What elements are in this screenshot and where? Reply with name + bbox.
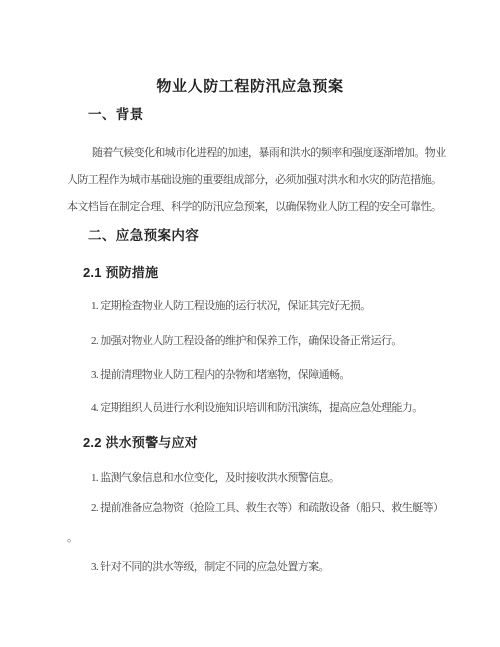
prevention-list-item-3: 3. 提前清理物业人防工程内的杂物和堵塞物，保障通畅。 — [91, 369, 350, 382]
document-page: 物业人防工程防汛应急预案 一、背景 随着气候变化和城市化进程的加速，暴雨和洪水的… — [0, 0, 500, 647]
flood-warning-list-item-3: 3. 针对不同的洪水等级，制定不同的应急处置方案。 — [91, 561, 329, 574]
document-title: 物业人防工程防汛应急预案 — [0, 78, 500, 95]
section-background-heading: 一、背景 — [88, 107, 144, 123]
prevention-list-item-2: 2. 加强对物业人防工程设备的维护和保养工作，确保设备正常运行。 — [91, 335, 402, 348]
section-plan-content-heading: 二、应急预案内容 — [88, 228, 199, 244]
prevention-list-item-1: 1. 定期检查物业人防工程设施的运行状况，保证其完好无损。 — [91, 300, 371, 313]
background-paragraph-line-2: 人防工程作为城市基础设施的重要组成部分，必须加强对洪水和水灾的防范措施。 — [67, 174, 441, 187]
flood-warning-list-item-2: 2. 提前准备应急物资（抢险工具、救生衣等）和疏散设备（船只、救生艇等） — [91, 502, 443, 515]
prevention-list-item-4: 4. 定期组织人员进行水利设施知识培训和防汛演练，提高应急处理能力。 — [91, 402, 423, 415]
subsection-flood-warning-heading: 2.2 洪水预警与应对 — [83, 436, 198, 451]
flood-warning-list-item-2-wrap-line: 。 — [67, 532, 77, 545]
flood-warning-list-item-1: 1. 监测气象信息和水位变化，及时接收洪水预警信息。 — [91, 472, 339, 485]
subsection-prevention-heading: 2.1 预防措施 — [83, 266, 158, 281]
background-paragraph-line-1: 随着气候变化和城市化进程的加速，暴雨和洪水的频率和强度逐渐增加。物业 — [92, 147, 446, 160]
background-paragraph-line-3: 本文档旨在制定合理、科学的防汛应急预案，以确保物业人防工程的安全可靠性。 — [67, 201, 441, 214]
